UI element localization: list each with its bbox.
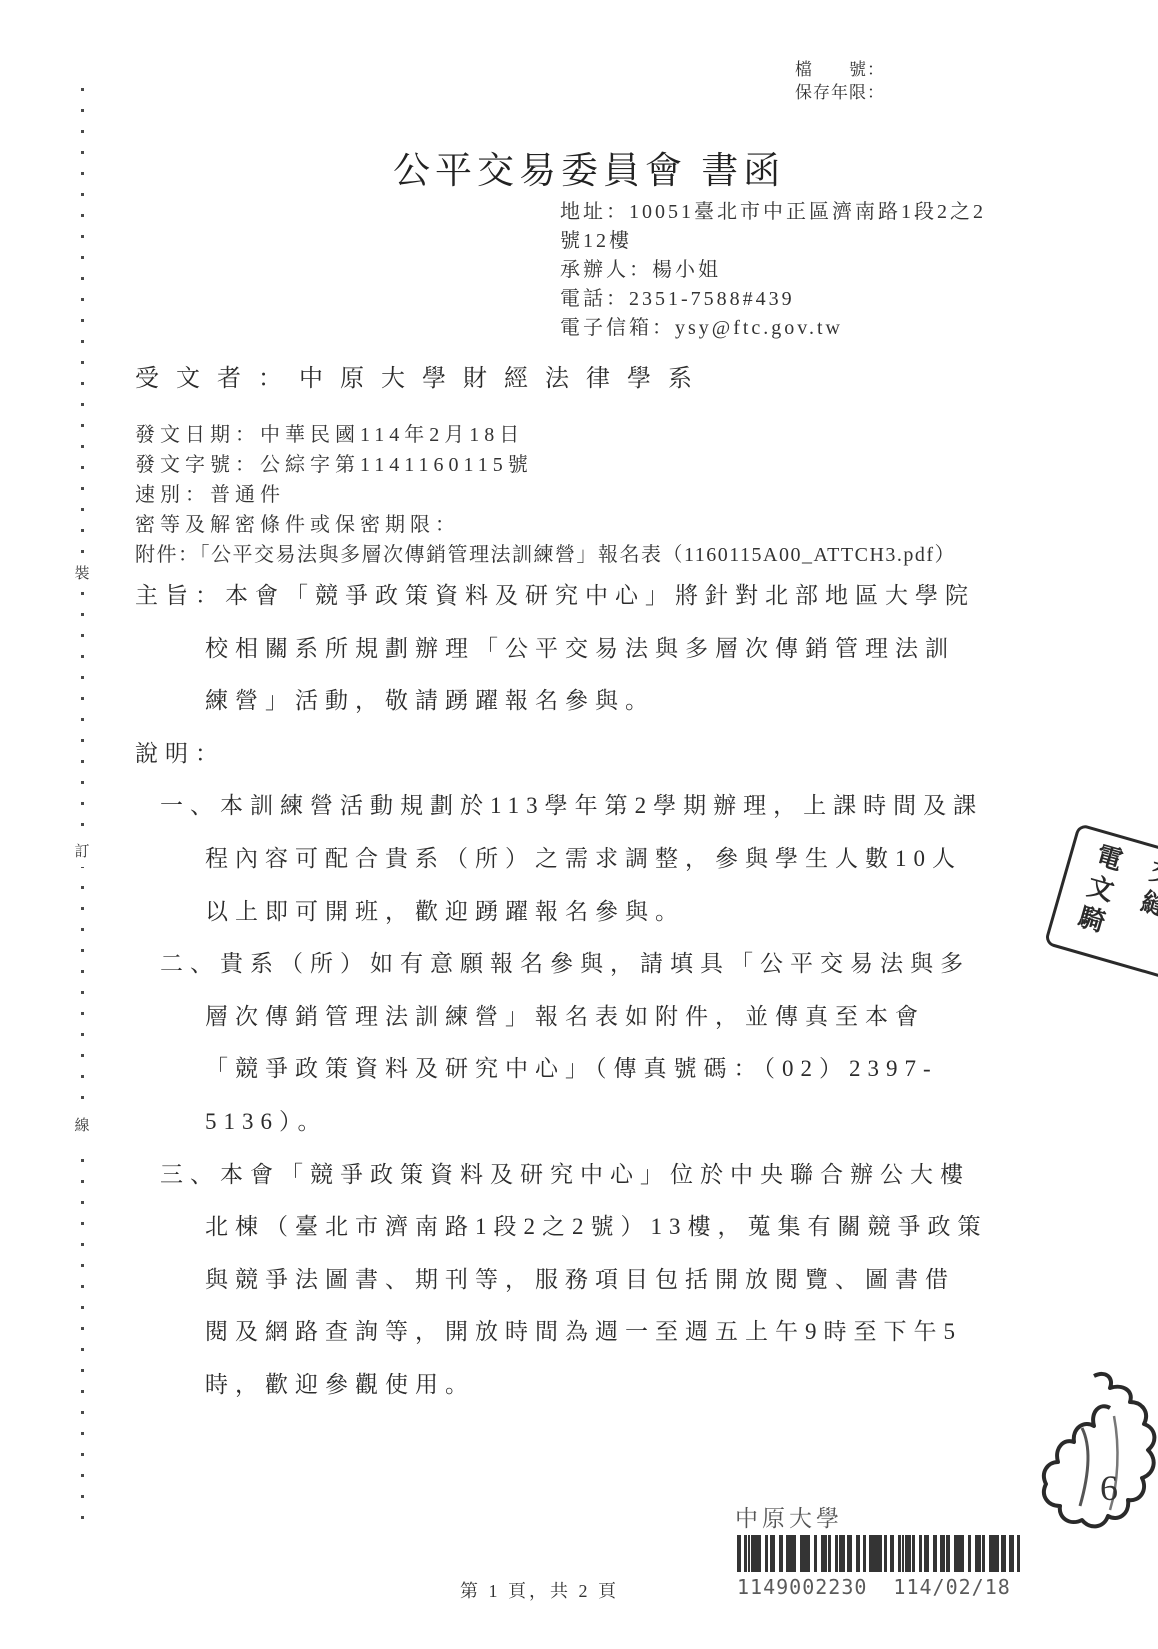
subject-line: 練營」活動，敬請踴躍報名參與。 <box>135 675 1055 728</box>
item-1-line: 一、本訓練營活動規劃於113學年第2學期辦理，上課時間及課 <box>135 780 1055 833</box>
subject-line: 校相關系所規劃辦理「公平交易法與多層次傳銷管理法訓 <box>135 623 1055 676</box>
binding-dotted-line <box>81 88 84 1536</box>
binding-mark-zhuang: 裝 <box>72 556 92 589</box>
page-seal-mark: 6 <box>1022 1368 1158 1543</box>
item-3-line: 與競爭法圖書、期刊等，服務項目包括開放閱覽、圖書借 <box>135 1254 1055 1307</box>
body-text: 主旨：本會「競爭政策資料及研究中心」將針對北部地區大學院 校相關系所規劃辦理「公… <box>135 570 1055 1412</box>
explanation-label: 說明： <box>135 728 1055 781</box>
file-header: 檔 號： 保存年限： <box>795 58 885 104</box>
barcode-numbers: 1149002230 114/02/18 <box>737 1575 1011 1599</box>
item-3-line: 北棟（臺北市濟南路1段2之2號）13樓，蒐集有關競爭政策 <box>135 1201 1055 1254</box>
speed-class-line: 速別：普通件 <box>135 480 956 510</box>
binding-mark-xian: 線 <box>72 1108 92 1141</box>
sender-info: 地址：10051臺北市中正區濟南路1段2之2 號12樓 承辦人：楊小姐 電話：2… <box>560 198 986 343</box>
doc-number-line: 發文字號：公綜字第1141160115號 <box>135 450 956 480</box>
item-2-line: 「競爭政策資料及研究中心」（傳真號碼：（02）2397- <box>135 1043 1055 1096</box>
barcode-date: 114/02/18 <box>893 1575 1010 1599</box>
item-1-line: 程內容可配合貴系（所）之需求調整，參與學生人數10人 <box>135 833 1055 886</box>
stamp-text-column: 電文騎 <box>1067 839 1129 941</box>
item-2-line: 層次傳銷管理法訓練營」報名表如附件，並傳真至本會 <box>135 991 1055 1044</box>
binding-mark-ding: 訂 <box>72 834 92 867</box>
document-title: 公平交易委員會 書函 <box>393 140 785 194</box>
meta-block: 發文日期：中華民國114年2月18日 發文字號：公綜字第1141160115號 … <box>135 420 956 570</box>
security-class-line: 密等及解密條件或保密期限： <box>135 510 956 540</box>
exchange-seal-stamp: 電文騎 交縫 <box>1044 823 1158 987</box>
seal-number: 6 <box>1100 1468 1118 1508</box>
sender-phone: 電話：2351-7588#439 <box>560 285 986 314</box>
page-number-footer: 第 1 頁，共 2 頁 <box>460 1577 619 1603</box>
item-2-line: 二、貴系（所）如有意願報名參與，請填具「公平交易法與多 <box>135 938 1055 991</box>
sender-address-line2: 號12樓 <box>560 227 986 256</box>
item-3-line: 閱及網路查詢等，開放時間為週一至週五上午9時至下午5 <box>135 1306 1055 1359</box>
document-page: 裝 訂 線 檔 號： 保存年限： 公平交易委員會 書函 地址：10051臺北市中… <box>0 0 1158 1649</box>
item-1-line: 以上即可開班，歡迎踴躍報名參與。 <box>135 886 1055 939</box>
barcode-serial: 1149002230 <box>737 1575 867 1599</box>
barcode <box>737 1535 1020 1572</box>
stamp-text-column: 交縫 <box>1130 854 1158 926</box>
recipient-line: 受文者：中原大學財經法律學系 <box>135 358 709 393</box>
university-received-text: 中原大學 <box>735 1500 843 1533</box>
item-3-line: 時，歡迎參觀使用。 <box>135 1359 1055 1412</box>
item-3-line: 三、本會「競爭政策資料及研究中心」位於中央聯合辦公大樓 <box>135 1149 1055 1202</box>
subject-line: 主旨：本會「競爭政策資料及研究中心」將針對北部地區大學院 <box>135 570 1055 623</box>
file-number-label: 檔 號： <box>795 58 885 81</box>
issue-date-line: 發文日期：中華民國114年2月18日 <box>135 420 956 450</box>
sender-contact-person: 承辦人：楊小姐 <box>560 256 986 285</box>
attachment-line: 附件：「公平交易法與多層次傳銷管理法訓練營」報名表（1160115A00_ATT… <box>135 540 956 570</box>
retention-period-label: 保存年限： <box>795 81 885 104</box>
sender-address-line1: 地址：10051臺北市中正區濟南路1段2之2 <box>560 198 986 227</box>
item-2-line: 5136）。 <box>135 1096 1055 1149</box>
sender-email: 電子信箱：ysy@ftc.gov.tw <box>560 314 986 343</box>
